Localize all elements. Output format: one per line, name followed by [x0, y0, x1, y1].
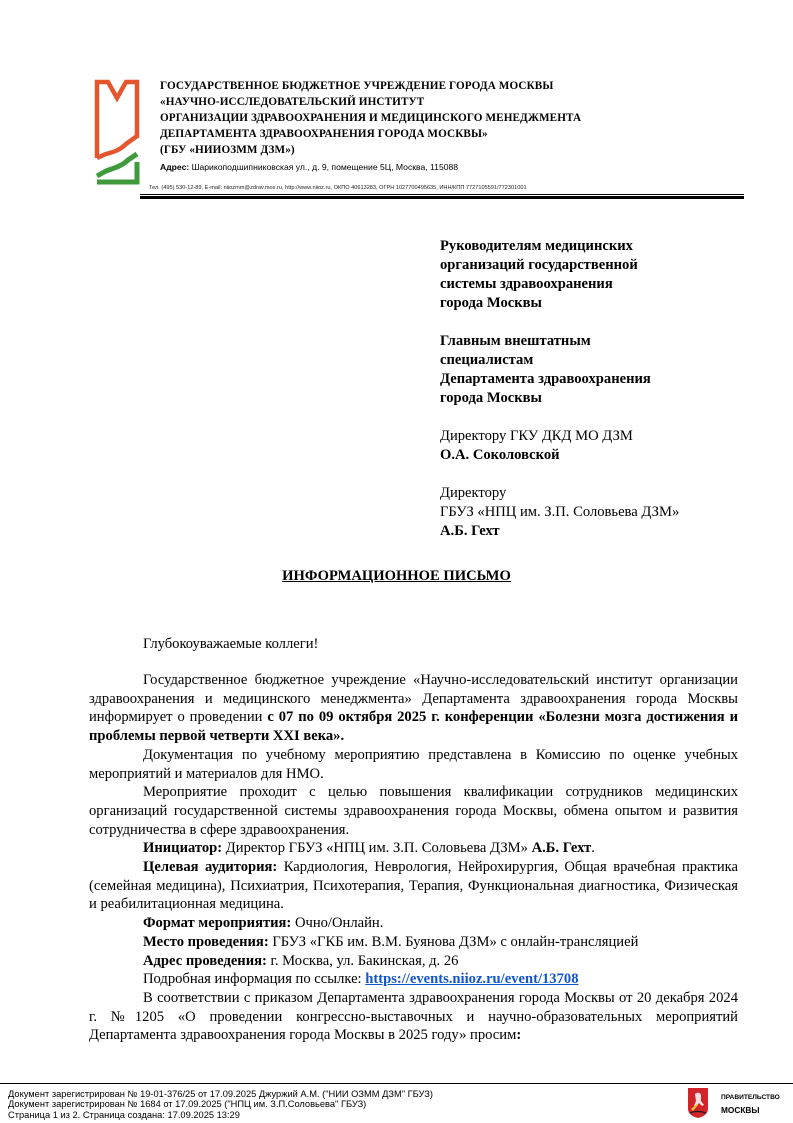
paragraph-address: Адрес проведения: г. Москва, ул. Бакинск…	[89, 952, 738, 971]
letter-title: ИНФОРМАЦИОННОЕ ПИСЬМО	[0, 568, 793, 585]
recipient-line: Директору	[440, 484, 679, 503]
recipient-line: города Москвы	[440, 294, 679, 313]
org-contacts: Тел. (495) 530-12-89, E-mail: niiozmm@zd…	[149, 185, 527, 191]
org-address: Адрес: Шарикоподшипниковская ул., д. 9, …	[160, 162, 458, 172]
recipient-line: Директору ГКУ ДКД МО ДЗМ	[440, 427, 679, 446]
paragraph-documentation: Документация по учебному мероприятию пре…	[89, 746, 738, 783]
paragraph-intro: Государственное бюджетное учреждение «На…	[89, 671, 738, 746]
paragraph-link: Подробная информация по ссылке: https://…	[89, 970, 738, 989]
recipient-line: организаций государственной	[440, 256, 679, 275]
recipient-line: ГБУЗ «НПЦ им. З.П. Соловьева ДЗМ»	[440, 503, 679, 522]
recipient-line: специалистам	[440, 351, 679, 370]
paragraph-request: В соответствии с приказом Департамента з…	[89, 989, 738, 1045]
recipient-line: системы здравоохранения	[440, 275, 679, 294]
org-line: ГОСУДАРСТВЕННОЕ БЮДЖЕТНОЕ УЧРЕЖДЕНИЕ ГОР…	[160, 78, 581, 94]
org-line: ДЕПАРТАМЕНТА ЗДРАВООХРАНЕНИЯ ГОРОДА МОСК…	[160, 126, 581, 142]
recipient-line: Руководителям медицинских	[440, 237, 679, 256]
recipient-group: Директору ГКУ ДКД МО ДЗМ О.А. Соколовско…	[440, 427, 679, 465]
footer-divider	[0, 1083, 793, 1084]
paragraph-format: Формат мероприятия: Очно/Онлайн.	[89, 914, 738, 933]
recipient-line: Главным внештатным	[440, 332, 679, 351]
event-link[interactable]: https://events.niioz.ru/event/13708	[365, 971, 578, 987]
recipient-line: О.А. Соколовской	[440, 446, 679, 465]
recipient-line: города Москвы	[440, 389, 679, 408]
paragraph-audience: Целевая аудитория: Кардиология, Невролог…	[89, 858, 738, 914]
niiozmm-logo-icon	[94, 76, 140, 186]
recipient-line: Департамента здравоохранения	[440, 370, 679, 389]
recipient-line: А.Б. Гехт	[440, 522, 679, 541]
registration-line: Документ зарегистрирован № 19-01-376/25 …	[8, 1089, 433, 1099]
moscow-government-label: ПРАВИТЕЛЬСТВО МОСКВЫ	[721, 1092, 780, 1116]
org-line: (ГБУ «НИИОЗММ ДЗМ»)	[160, 142, 581, 158]
paragraph-purpose: Мероприятие проходит с целью повышения к…	[89, 783, 738, 839]
address-label: Адрес:	[160, 162, 189, 172]
paragraph-initiator: Инициатор: Директор ГБУЗ «НПЦ им. З.П. С…	[89, 839, 738, 858]
page-info: Страница 1 из 2. Страница создана: 17.09…	[8, 1110, 433, 1120]
recipient-group: Директору ГБУЗ «НПЦ им. З.П. Соловьева Д…	[440, 484, 679, 541]
org-line: ОРГАНИЗАЦИИ ЗДРАВООХРАНЕНИЯ И МЕДИЦИНСКО…	[160, 110, 581, 126]
greeting: Глубокоуважаемые коллеги!	[143, 636, 318, 653]
recipient-group: Руководителям медицинских организаций го…	[440, 237, 679, 313]
registration-line: Документ зарегистрирован № 1684 от 17.09…	[8, 1099, 433, 1109]
letter-body: Государственное бюджетное учреждение «На…	[89, 671, 738, 1045]
organization-name: ГОСУДАРСТВЕННОЕ БЮДЖЕТНОЕ УЧРЕЖДЕНИЕ ГОР…	[160, 78, 581, 158]
header-divider-thick	[140, 196, 744, 199]
header-divider-thin	[140, 194, 744, 195]
registration-stamp: Документ зарегистрирован № 19-01-376/25 …	[8, 1089, 433, 1120]
recipients-block: Руководителям медицинских организаций го…	[440, 237, 679, 560]
address-value: Шарикоподшипниковская ул., д. 9, помещен…	[189, 162, 458, 172]
paragraph-venue: Место проведения: ГБУЗ «ГКБ им. В.М. Буя…	[89, 933, 738, 952]
moscow-coat-of-arms-icon	[687, 1087, 709, 1119]
recipient-group: Главным внештатным специалистам Департам…	[440, 332, 679, 408]
org-line: «НАУЧНО-ИССЛЕДОВАТЕЛЬСКИЙ ИНСТИТУТ	[160, 94, 581, 110]
